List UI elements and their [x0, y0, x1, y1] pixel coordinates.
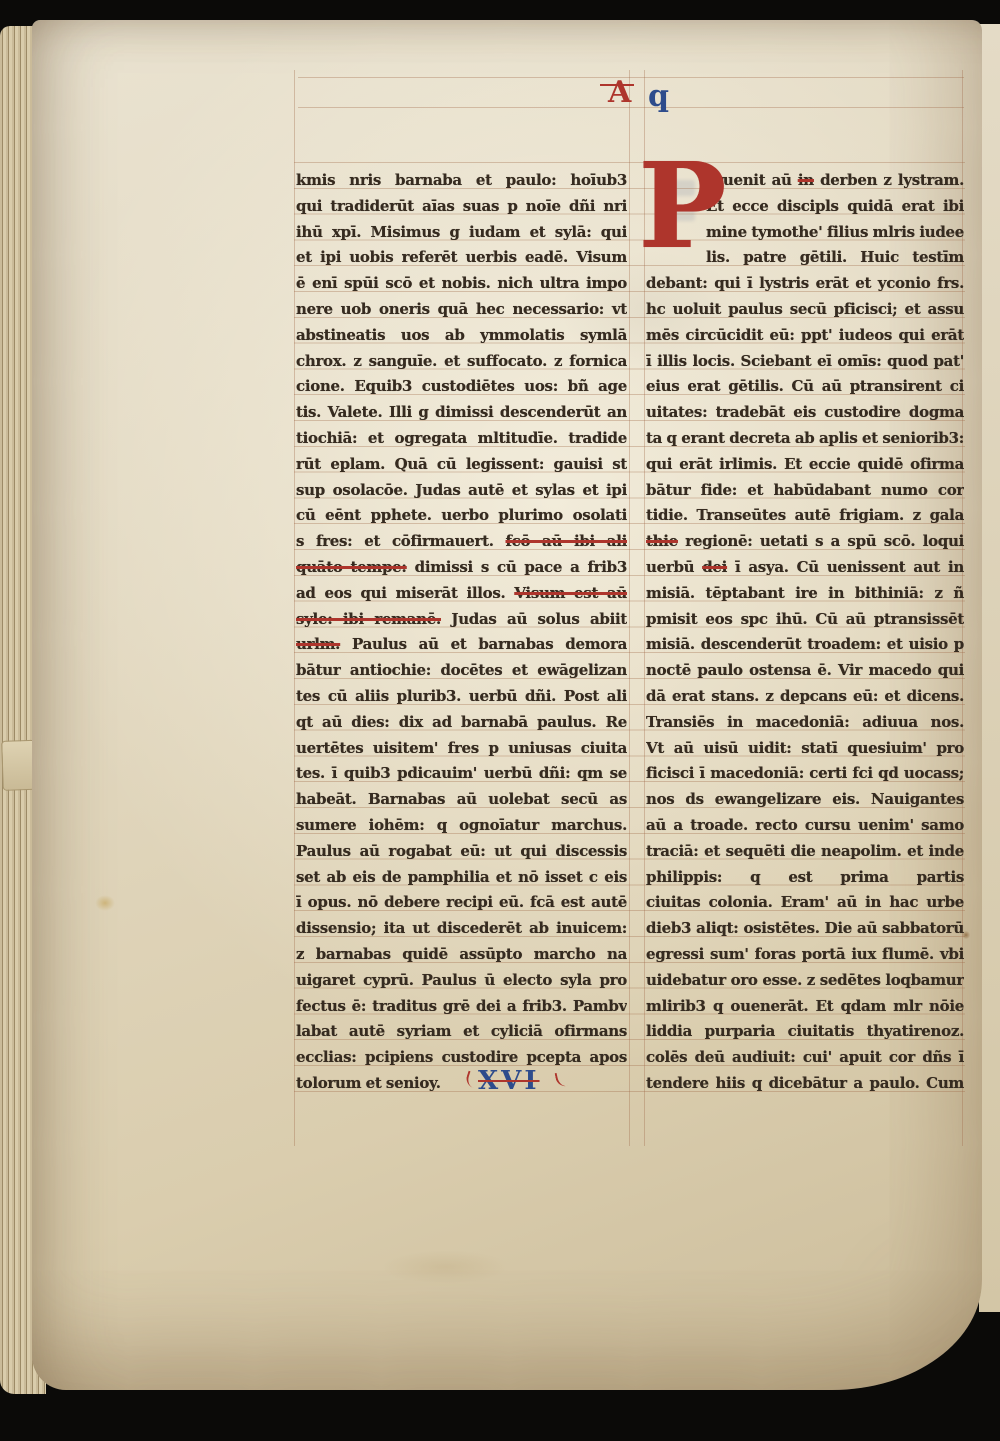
text-line: urlm. Paulus aū et barnabas demora	[296, 632, 627, 658]
text-segment: misiā. descenderūt troadem: et uisio p	[646, 635, 964, 653]
text-line: dissensio; ita ut discederēt ab inuicem:	[296, 916, 627, 942]
text-line: aū a troade. recto cursu uenim' samo	[646, 813, 964, 839]
text-segment: nere uob oneris quā hec necessario: vt	[296, 300, 627, 318]
text-segment: pmisit eos spc ihū. Cū aū ptransissēt	[646, 610, 964, 628]
text-line: dā erat stans. z depcans eū: et dicens.	[646, 684, 964, 710]
text-segment: tes. ī quib3 pdicauim' uerbū dñi: qm se	[296, 764, 627, 782]
text-line: set ab eis de pamphilia et nō isset c ei…	[296, 865, 627, 891]
text-line: kmis nris barnaba et paulo: hoīub3	[296, 168, 627, 194]
drop-cap-initial: P	[638, 152, 727, 261]
text-line: traciā: et sequēti die neapolim. et inde	[646, 839, 964, 865]
text-segment: ē enī spūi scō et nobis. nich ultra impo	[296, 274, 627, 292]
text-line: tendere hiis q dicebātur a paulo. Cum	[646, 1071, 964, 1097]
text-segment: ecclias: pcipiens custodire pcepta apos	[296, 1048, 627, 1066]
expunged-text: Visum est aū	[514, 584, 627, 602]
text-line: dieb3 aliqt: osistētes. Die aū sabbatorū	[646, 916, 964, 942]
text-segment: ihū xpī. Misimus g iudam et sylā: qui	[296, 223, 627, 241]
expunged-text: syle: ibi remanē.	[296, 610, 441, 628]
text-segment: labat autē syriam et cyliciā ofirmans	[296, 1022, 627, 1040]
text-segment: ī asya. Cū uenissent aut in	[727, 558, 964, 576]
text-line: tis. Valete. Illi g dimissi descenderūt …	[296, 400, 627, 426]
text-line: Paulus aū rogabat eū: ut qui discessis	[296, 839, 627, 865]
text-line: quāto tempe: dimissi s cū pace a frib3	[296, 555, 627, 581]
text-line: ad eos qui miserāt illos. Visum est aū	[296, 581, 627, 607]
text-segment: derben z lystram.	[814, 171, 964, 189]
text-line: ī illis locis. Sciebant eī omīs: quod pa…	[646, 349, 964, 375]
photograph-of-manuscript: { "page": { "header": { "letter_red": "A…	[0, 0, 1000, 1441]
text-line: qt aū dies: dix ad barnabā paulus. Re	[296, 710, 627, 736]
text-line: uertētes uisitem' fres p uniusas ciuita	[296, 736, 627, 762]
text-segment: tis. Valete. Illi g dimissi descenderūt …	[296, 403, 627, 421]
text-segment: ta q erant decreta ab aplis et seniorib3…	[646, 429, 964, 447]
text-line: tolorum et senioy.	[296, 1071, 627, 1097]
text-line: uitates: tradebāt eis custodire dogma	[646, 400, 964, 426]
text-segment: tolorum et senioy.	[296, 1074, 441, 1092]
text-line: abstineatis uos ab ymmolatis symlā	[296, 323, 627, 349]
text-line: sumere iohēm: q ognoīatur marchus.	[296, 813, 627, 839]
text-segment: mēs circūcidit eū: ppt' iudeos qui erāt	[646, 326, 964, 344]
text-segment: dissensio; ita ut discederēt ab inuicem:	[296, 919, 627, 937]
text-line: debant: qui ī lystris erāt et yconio frs…	[646, 271, 964, 297]
text-line: philippis: q est prima partis macedonie.	[646, 865, 964, 891]
text-line: ciuitas colonia. Eram' aū in hac urbe	[646, 890, 964, 916]
text-segment: qt aū dies: dix ad barnabā paulus. Re	[296, 713, 627, 731]
text-segment: habeāt. Barnabas aū uolebat secū as	[296, 790, 627, 808]
text-segment: abstineatis uos ab ymmolatis symlā	[296, 326, 627, 344]
text-segment: tiochiā: et ogregata mltitudīe. tradide	[296, 429, 627, 447]
text-line: tes cū aliis plurib3. uerbū dñi. Post al…	[296, 684, 627, 710]
text-segment: ī illis locis. Sciebant eī omīs: quod pa…	[646, 352, 964, 370]
text-segment: sumere iohēm: q ognoīatur marchus.	[296, 816, 627, 834]
expunged-text: urlm.	[296, 635, 340, 653]
text-line: ē enī spūi scō et nobis. nich ultra impo	[296, 271, 627, 297]
text-line: ficisci ī macedoniā: certi fci qd uocass…	[646, 761, 964, 787]
text-segment: debant: qui ī lystris erāt et yconio frs…	[646, 274, 964, 292]
expunged-text: dei	[702, 558, 727, 576]
text-segment: Paulus aū rogabat eū: ut qui discessis	[296, 842, 627, 860]
text-line: cū eēnt pphete. uerbo plurimo osolati	[296, 503, 627, 529]
text-segment: sup osolacōe. Judas autē et sylas et ipi	[296, 481, 627, 499]
text-line: cione. Equib3 custodiētes uos: bñ age	[296, 374, 627, 400]
text-segment: lis. patre gētili. Huic testīm	[706, 248, 964, 266]
vertical-ruling-line	[629, 70, 630, 1146]
text-segment: dimissi s cū pace a frib3	[407, 558, 627, 576]
expunged-text: quāto tempe:	[296, 558, 407, 576]
text-line: chrox. z sanguīe. et suffocato. z fornic…	[296, 349, 627, 375]
text-segment: Judas aū solus abiit	[441, 610, 627, 628]
text-line: Vt aū uisū uidit: statī quesiuim' pro	[646, 736, 964, 762]
text-line: mlirib3 q ouenerāt. Et qdam mlr nōie	[646, 994, 964, 1020]
text-line: syle: ibi remanē. Judas aū solus abiit	[296, 607, 627, 633]
parchment-stain	[95, 895, 115, 911]
column-left-text: kmis nris barnaba et paulo: hoīub3qui tr…	[296, 168, 627, 1097]
text-line: fectus ē: traditus grē dei a frib3. Pamb…	[296, 994, 627, 1020]
vertical-ruling-line	[294, 70, 295, 1146]
text-line: thie regionē: uetati s a spū scō. loqui	[646, 529, 964, 555]
text-segment: uidebatur oro esse. z sedētes loqbamur	[646, 971, 964, 989]
text-segment: ciuitas colonia. Eram' aū in hac urbe	[646, 893, 964, 911]
text-segment: z barnabas quidē assūpto marcho na	[296, 945, 627, 963]
text-segment: colēs deū audiuit: cui' apuit cor dñs ī	[646, 1048, 964, 1066]
text-segment: qui erāt irlimis. Et eccie quidē ofirma	[646, 455, 964, 473]
expunged-text: thie	[646, 532, 678, 550]
text-segment: rūt eplam. Quā cū legissent: gauisi st	[296, 455, 627, 473]
text-line: colēs deū audiuit: cui' apuit cor dñs ī	[646, 1045, 964, 1071]
text-line: s fres: et cōfirmauert. fcō aū ibi ali	[296, 529, 627, 555]
text-segment: bātur fide: et habūdabant numo cor	[646, 481, 964, 499]
text-line: z barnabas quidē assūpto marcho na	[296, 942, 627, 968]
text-line: pmisit eos spc ihū. Cū aū ptransissēt	[646, 607, 964, 633]
text-segment: eius erat gētilis. Cū aū ptransirent ci	[646, 377, 964, 395]
text-line: ī opus. nō debere recipi eū. fcā est aut…	[296, 890, 627, 916]
text-segment: nos ds ewangelizare eis. Nauigantes	[646, 790, 964, 808]
expunged-text: in	[798, 171, 814, 189]
text-segment: chrox. z sanguīe. et suffocato. z fornic…	[296, 352, 627, 370]
text-segment: uitates: tradebāt eis custodire dogma	[646, 403, 964, 421]
text-segment: Et ecce discipls quidā erat ibi no	[706, 197, 964, 220]
text-segment: dā erat stans. z depcans eū: et dicens.	[646, 687, 964, 705]
text-segment: dieb3 aliqt: osistētes. Die aū sabbatorū	[646, 919, 964, 937]
text-line: ecclias: pcipiens custodire pcepta apos	[296, 1045, 627, 1071]
text-segment: hc uoluit paulus secū pficisci; et assu	[646, 300, 964, 318]
text-segment: uigaret cyprū. Paulus ū electo syla pro	[296, 971, 627, 989]
text-line: mēs circūcidit eū: ppt' iudeos qui erāt	[646, 323, 964, 349]
text-line: liddia purparia ciuitatis thyatirenoz.	[646, 1019, 964, 1045]
text-segment: Transiēs in macedoniā: adiuua nos.	[646, 713, 964, 731]
text-segment: et ipi uobis referēt uerbis eadē. Visum	[296, 248, 627, 266]
next-folio-edge	[979, 24, 1000, 1312]
text-segment: tes cū aliis plurib3. uerbū dñi. Post al…	[296, 687, 627, 705]
text-line: uidebatur oro esse. z sedētes loqbamur	[646, 968, 964, 994]
text-segment: regionē: uetati s a spū scō. loqui	[678, 532, 964, 550]
text-segment: Vt aū uisū uidit: statī quesiuim' pro	[646, 739, 964, 757]
text-line: bātur antiochie: docētes et ewāgelizan	[296, 658, 627, 684]
expunged-text: fcō aū ibi ali	[506, 532, 627, 550]
text-segment: mine tymothe' filius mlris iudee fide	[706, 223, 964, 246]
text-line: misiā. tēptabant ire in bithiniā: z ñ	[646, 581, 964, 607]
text-segment: liddia purparia ciuitatis thyatirenoz.	[646, 1022, 964, 1040]
text-line: nos ds ewangelizare eis. Nauigantes	[646, 787, 964, 813]
text-line: Transiēs in macedoniā: adiuua nos.	[646, 710, 964, 736]
text-segment: s fres: et cōfirmauert.	[296, 532, 506, 550]
text-line: tes. ī quib3 pdicauim' uerbū dñi: qm se	[296, 761, 627, 787]
text-line: uerbū dei ī asya. Cū uenissent aut in	[646, 555, 964, 581]
text-segment: set ab eis de pamphilia et nō isset c ei…	[296, 868, 627, 886]
text-line: noctē paulo ostensa ē. Vir macedo qui	[646, 658, 964, 684]
text-line: nere uob oneris quā hec necessario: vt	[296, 297, 627, 323]
text-line: bātur fide: et habūdabant numo cor	[646, 478, 964, 504]
text-line: labat autē syriam et cyliciā ofirmans	[296, 1019, 627, 1045]
text-line: ihū xpī. Misimus g iudam et sylā: qui	[296, 220, 627, 246]
text-segment: ficisci ī macedoniā: certi fci qd uocass…	[646, 764, 964, 782]
text-segment: philippis: q est prima partis macedonie.	[646, 868, 964, 891]
text-line: hc uoluit paulus secū pficisci; et assu	[646, 297, 964, 323]
text-line: sup osolacōe. Judas autē et sylas et ipi	[296, 478, 627, 504]
text-line: egressi sum' foras portā iux flumē. vbi	[646, 942, 964, 968]
text-segment: noctē paulo ostensa ē. Vir macedo qui	[646, 661, 964, 679]
text-segment: fectus ē: traditus grē dei a frib3. Pamb…	[296, 997, 627, 1015]
text-segment: cione. Equib3 custodiētes uos: bñ age	[296, 377, 627, 395]
text-segment: mlirib3 q ouenerāt. Et qdam mlr nōie	[646, 997, 964, 1015]
text-line: misiā. descenderūt troadem: et uisio p	[646, 632, 964, 658]
text-line: eius erat gētilis. Cū aū ptransirent ci	[646, 374, 964, 400]
text-segment: aū a troade. recto cursu uenim' samo	[646, 816, 964, 834]
text-segment: qui tradiderūt aīas suas p noīe dñi nri	[296, 197, 627, 215]
column-right-text: eruenit aū in derben z lystram.Et ecce d…	[646, 168, 964, 1097]
text-line: ta q erant decreta ab aplis et seniorib3…	[646, 426, 964, 452]
text-line: habeāt. Barnabas aū uolebat secū as	[296, 787, 627, 813]
text-line: tidie. Transeūtes autē frigiam. z gala	[646, 503, 964, 529]
text-line: tiochiā: et ogregata mltitudīe. tradide	[296, 426, 627, 452]
text-line: qui erāt irlimis. Et eccie quidē ofirma	[646, 452, 964, 478]
text-line: qui tradiderūt aīas suas p noīe dñi nri	[296, 194, 627, 220]
text-line: et ipi uobis referēt uerbis eadē. Visum	[296, 245, 627, 271]
running-header-letter-blue: q	[648, 82, 669, 112]
text-segment: uertētes uisitem' fres p uniusas ciuita	[296, 739, 627, 757]
text-segment: uerbū	[646, 558, 702, 576]
text-segment: traciā: et sequēti die neapolim. et inde	[646, 842, 964, 860]
text-segment: tidie. Transeūtes autē frigiam. z gala	[646, 506, 964, 524]
text-line: uigaret cyprū. Paulus ū electo syla pro	[296, 968, 627, 994]
parchment-stain	[380, 1250, 510, 1284]
text-segment: bātur antiochie: docētes et ewāgelizan	[296, 661, 627, 679]
text-segment: cū eēnt pphete. uerbo plurimo osolati	[296, 506, 627, 524]
text-segment: ī opus. nō debere recipi eū. fcā est aut…	[296, 893, 627, 911]
running-header-letter-red: A	[608, 78, 631, 108]
text-segment: Paulus aū et barnabas demora	[340, 635, 627, 653]
text-segment: ad eos qui miserāt illos.	[296, 584, 514, 602]
text-segment: tendere hiis q dicebātur a paulo. Cum	[646, 1074, 964, 1092]
text-segment: kmis nris barnaba et paulo: hoīub3	[296, 171, 627, 189]
chapter-numeral: XVI	[478, 1066, 540, 1096]
text-line: rūt eplam. Quā cū legissent: gauisi st	[296, 452, 627, 478]
text-segment: misiā. tēptabant ire in bithiniā: z ñ	[646, 584, 964, 602]
text-segment: egressi sum' foras portā iux flumē. vbi	[646, 945, 964, 963]
